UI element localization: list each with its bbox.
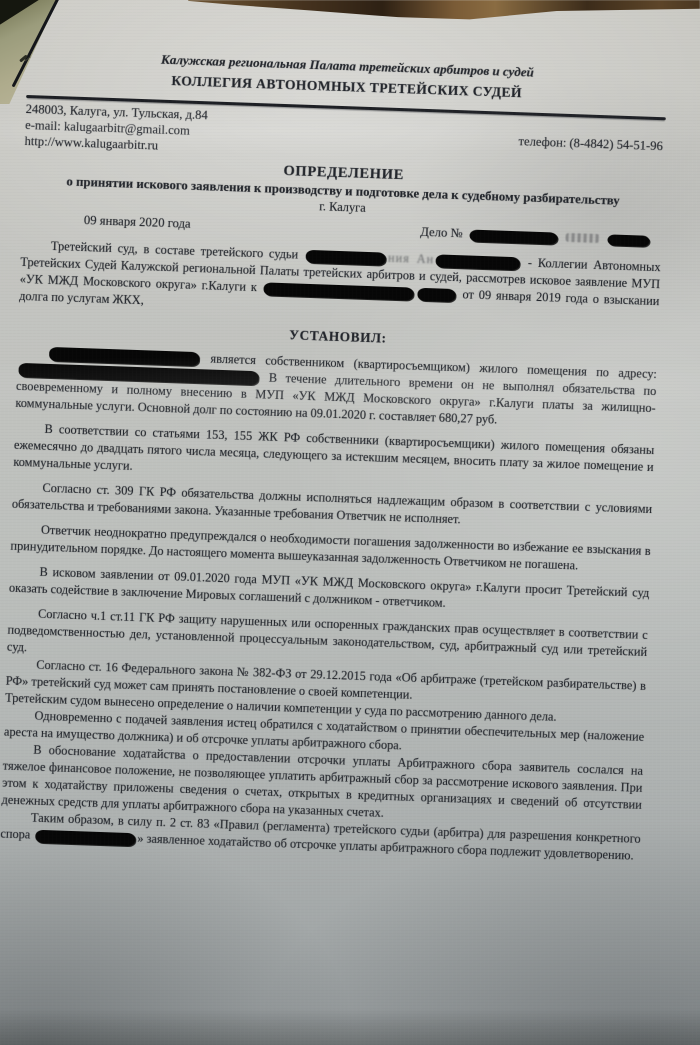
document-content: Калужская региональная Палата третейских…	[0, 44, 667, 865]
redaction-bar	[469, 229, 557, 244]
wood-edge-top	[188, 0, 700, 22]
case-number-label: Дело №	[420, 224, 463, 242]
redaction-bar	[306, 250, 386, 266]
paragraph: Третейский суд, в составе третейского су…	[19, 237, 661, 327]
case-number: Дело №	[420, 224, 652, 249]
photo-of-document: Калужская региональная Палата третейских…	[0, 0, 700, 1045]
document-date: 09 января 2020 года	[84, 212, 191, 233]
redacted-text-remnant	[565, 233, 599, 243]
document-body: Третейский суд, в составе третейского су…	[0, 237, 661, 865]
redaction-bar	[417, 288, 455, 302]
redacted-text-remnant: ния Ан	[388, 251, 435, 267]
redaction-bar	[607, 234, 649, 246]
redaction-bar	[35, 830, 135, 846]
letterhead-phone: телефон: (8-4842) 54-51-96	[518, 134, 663, 154]
paragraph: является собственником (квартиросъемщико…	[15, 344, 657, 434]
redaction-bar	[264, 282, 414, 300]
redaction-bar	[49, 347, 199, 366]
redaction-bar	[436, 254, 520, 270]
